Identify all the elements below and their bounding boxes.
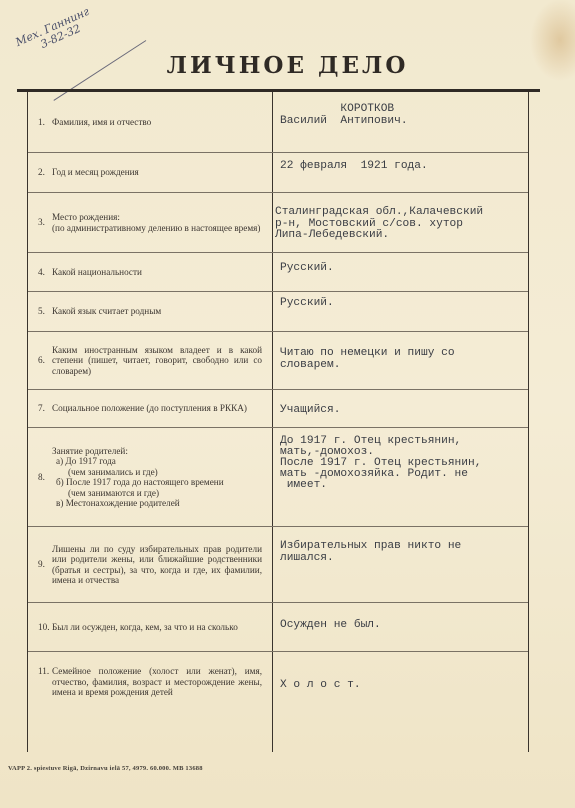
question-number: 4. [38,267,52,278]
question-text: Фамилия, имя и отчество [52,117,262,128]
question-cell: 10. Был ли осужден, когда, кем, за что и… [28,603,273,651]
form-row-birth-date: 2. Год и месяц рождения 22 февраля 1921 … [28,153,528,193]
question-text: Социальное положение (до поступления в Р… [52,403,262,414]
form-row-marital-status: 11. Семейное положение (холост или женат… [28,652,528,752]
question-subtext: (по административному делению в настояще… [52,223,260,233]
question-number: 9. [38,559,52,570]
question-text: Место рождения: [52,212,120,222]
question-text: Какой язык считает родным [52,306,262,317]
answer-marital-status: Х о л о с т. [273,652,528,752]
answer-birth-place: Сталинградская обл.,Калачевский р-н, Мос… [273,193,528,252]
question-text: Занятие родителей: [52,446,128,456]
document-title: ЛИЧНОЕ ДЕЛО [0,52,575,79]
answer-birth-date: 22 февраля 1921 года. [273,153,528,192]
question-cell: 2. Год и месяц рождения [28,153,273,192]
answer-nationality: Русский. [273,253,528,291]
question-text: Год и месяц рождения [52,167,262,178]
personal-file-form: 1. Фамилия, имя и отчество КОРОТКОВ Васи… [27,92,529,752]
question-number: 6. [38,355,52,366]
answer-native-language: Русский. [273,292,528,331]
answer-social-status: Учащийся. [273,390,528,427]
question-subitem-c: в) Местонахождение родителей [52,498,180,508]
answer-parents-occupation: До 1917 г. Отец крестьянин, мать,-домохо… [273,428,528,526]
question-number: 3. [38,217,52,228]
question-text: Лишены ли по суду избирательных прав род… [52,544,262,586]
answer-full-name: КОРОТКОВ Василий Антипович. [273,92,528,152]
question-number: 2. [38,167,52,178]
question-cell: 5. Какой язык считает родным [28,292,273,331]
question-subitem-b: б) После 1917 года до настоящего времени [52,477,224,487]
question-number: 7. [38,403,52,414]
question-cell: 8. Занятие родителей: а) До 1917 года (ч… [28,428,273,526]
question-cell: 1. Фамилия, имя и отчество [28,92,273,152]
question-cell: 9. Лишены ли по суду избирательных прав … [28,527,273,602]
question-number: 11. [38,666,52,677]
question-text: Был ли осужден, когда, кем, за что и на … [52,622,262,633]
question-cell: 3. Место рождения: (по административному… [28,193,273,252]
question-text: Семейное положение (холост или женат), и… [52,666,262,698]
form-row-nationality: 4. Какой национальности Русский. [28,253,528,292]
form-row-parents-occupation: 8. Занятие родителей: а) До 1917 года (ч… [28,428,528,527]
question-text: Какой национальности [52,267,262,278]
form-row-native-language: 5. Какой язык считает родным Русский. [28,292,528,332]
form-row-convictions: 10. Был ли осужден, когда, кем, за что и… [28,603,528,652]
question-subitem-b-note: (чем занимаются и где) [52,488,159,498]
question-cell: 7. Социальное положение (до поступления … [28,390,273,427]
form-row-social-status: 7. Социальное положение (до поступления … [28,390,528,428]
question-cell: 4. Какой национальности [28,253,273,291]
question-subitem-a: а) До 1917 года [52,456,116,466]
printer-imprint: VAPP 2. spiestuve Rigā, Dzirnavu ielā 57… [8,765,203,772]
question-text: Каким иностранным языком владеет и в как… [52,345,262,377]
form-row-voting-rights: 9. Лишены ли по суду избирательных прав … [28,527,528,603]
answer-convictions: Осужден не был. [273,603,528,651]
question-number: 1. [38,117,52,128]
question-number: 10. [38,622,52,633]
question-number: 8. [38,472,52,483]
form-row-full-name: 1. Фамилия, имя и отчество КОРОТКОВ Васи… [28,92,528,153]
question-cell: 11. Семейное положение (холост или женат… [28,652,273,752]
answer-voting-rights: Избирательных прав никто не лишался. [273,527,528,602]
answer-foreign-language: Читаю по немецки и пишу со словарем. [273,332,528,389]
question-number: 5. [38,306,52,317]
form-row-foreign-language: 6. Каким иностранным языком владеет и в … [28,332,528,390]
question-subitem-a-note: (чем занимались и где) [52,467,158,477]
form-row-birth-place: 3. Место рождения: (по административному… [28,193,528,253]
question-cell: 6. Каким иностранным языком владеет и в … [28,332,273,389]
